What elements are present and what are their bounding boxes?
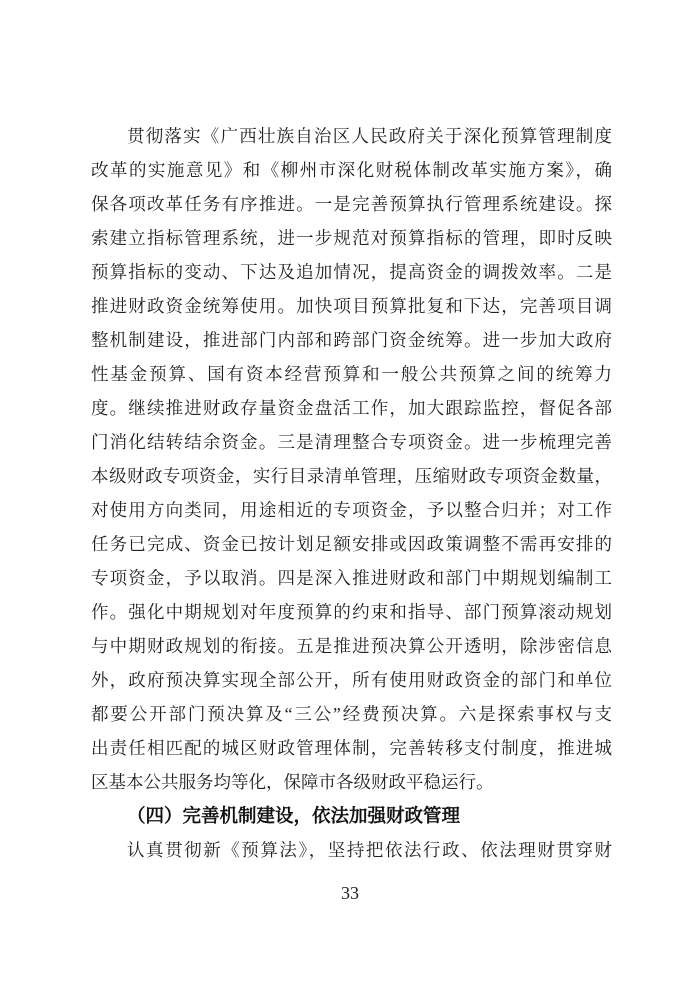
paragraph1-line: 对使用方向类同，用途相近的专项资金，予以整合归并；对工作 — [91, 493, 612, 527]
paragraph1-line: 索建立指标管理系统，进一步规范对预算指标的管理，即时反映 — [91, 221, 612, 255]
section-heading: （四）完善机制建设，依法加强财政管理 — [91, 799, 612, 833]
paragraph1-line: 区基本公共服务均等化，保障市各级财政平稳运行。 — [91, 765, 612, 799]
paragraph1-line: 外，政府预决算实现全部公开，所有使用财政资金的部门和单位 — [91, 663, 612, 697]
paragraph1-line: 任务已完成、资金已按计划足额安排或因政策调整不需再安排的 — [91, 527, 612, 561]
paragraph1-line: 贯彻落实《广西壮族自治区人民政府关于深化预算管理制度 — [91, 119, 612, 153]
page-number: 33 — [0, 883, 700, 904]
paragraph1-line: 本级财政专项资金，实行目录清单管理，压缩财政专项资金数量， — [91, 459, 612, 493]
paragraph1-line: 预算指标的变动、下达及追加情况，提高资金的调拨效率。二是 — [91, 255, 612, 289]
paragraph1-line: 都要公开部门预决算及“三公”经费预决算。六是探索事权与支 — [91, 697, 612, 731]
paragraph1-line: 保各项改革任务有序推进。一是完善预算执行管理系统建设。探 — [91, 187, 612, 221]
paragraph1-line: 专项资金，予以取消。四是深入推进财政和部门中期规划编制工 — [91, 561, 612, 595]
paragraph1-line: 推进财政资金统筹使用。加快项目预算批复和下达，完善项目调 — [91, 289, 612, 323]
paragraph1-line: 度。继续推进财政存量资金盘活工作，加大跟踪监控，督促各部 — [91, 391, 612, 425]
document-page: 贯彻落实《广西壮族自治区人民政府关于深化预算管理制度 改革的实施意见》和《柳州市… — [0, 0, 700, 990]
paragraph1-line: 门消化结转结余资金。三是清理整合专项资金。进一步梳理完善 — [91, 425, 612, 459]
document-body: 贯彻落实《广西壮族自治区人民政府关于深化预算管理制度 改革的实施意见》和《柳州市… — [91, 119, 612, 867]
paragraph1-line: 整机制建设，推进部门内部和跨部门资金统筹。进一步加大政府 — [91, 323, 612, 357]
paragraph1-line: 与中期财政规划的衔接。五是推进预决算公开透明，除涉密信息 — [91, 629, 612, 663]
paragraph1-line: 改革的实施意见》和《柳州市深化财税体制改革实施方案》，确 — [91, 153, 612, 187]
paragraph1-line: 作。强化中期规划对年度预算的约束和指导、部门预算滚动规划 — [91, 595, 612, 629]
paragraph1-line: 出责任相匹配的城区财政管理体制，完善转移支付制度，推进城 — [91, 731, 612, 765]
paragraph1-line: 性基金预算、国有资本经营预算和一般公共预算之间的统筹力 — [91, 357, 612, 391]
paragraph2-line: 认真贯彻新《预算法》，坚持把依法行政、依法理财贯穿财 — [91, 833, 612, 867]
